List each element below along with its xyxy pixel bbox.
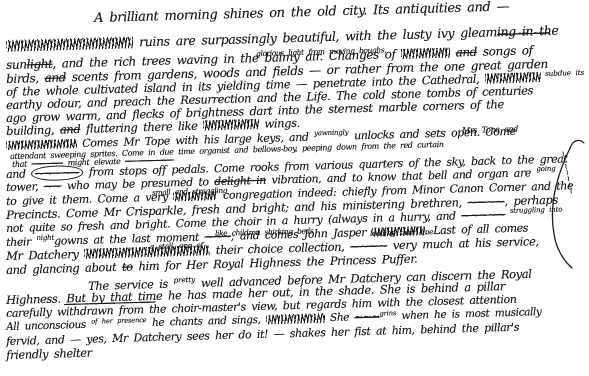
- interlinear-insertion: grins: [379, 309, 396, 317]
- scribbled-out-text: ~~~~~: [173, 189, 217, 203]
- handwritten-text: and: [6, 167, 31, 181]
- handwritten-text: All unconscious: [6, 319, 91, 333]
- struck-out-text: and: [455, 45, 477, 60]
- interlinear-insertion: subdue its: [540, 68, 584, 78]
- interlinear-insertion: of her presence: [91, 316, 147, 326]
- struck-out-text: ~~~: [354, 311, 380, 324]
- struck-out-text: ~~: [44, 179, 62, 192]
- scribbled-out-text: ~~~~~~: [203, 117, 259, 133]
- struck-out-text: ~~ ~~~ ~~~: [497, 29, 550, 38]
- struck-out-text: ~~~~: [350, 238, 387, 253]
- struck-out-text: ~~~~~: [461, 208, 505, 222]
- insertion-top-right: ~~ ~~~ ~~~: [497, 30, 550, 38]
- handwritten-text: friendly shelter: [6, 346, 92, 362]
- scribbled-out-text: ~~~~~: [401, 46, 450, 61]
- struck-out-text: ~~~: [204, 230, 231, 244]
- interlinear-insertion: pretty: [173, 275, 195, 285]
- struck-out-text: light: [26, 57, 52, 72]
- manuscript-page: A brilliant morning shines on the old ci…: [0, 0, 589, 376]
- interlinear-insertion: night: [36, 233, 54, 242]
- handwritten-text: building,: [6, 122, 60, 137]
- handwritten-text: he chants and sings,: [146, 314, 266, 329]
- line-23: friendly shelter: [6, 348, 92, 362]
- handwritten-text: their: [6, 235, 37, 249]
- scribbled-out-text: ~~~~~ ~~~~~~~: [6, 34, 133, 53]
- line-01: A brilliant morning shines on the old ci…: [94, 0, 509, 25]
- handwritten-text: very much at his service,: [387, 234, 539, 252]
- handwritten-text: tower,: [6, 180, 44, 194]
- handwritten-text: and glancing about: [6, 260, 122, 277]
- handwritten-text: She: [324, 311, 354, 324]
- handwritten-text: A brilliant morning shines on the old ci…: [94, 0, 509, 26]
- struck-out-text: and: [60, 122, 81, 137]
- scribbled-out-text: ~~~~~~~: [266, 312, 325, 326]
- handwritten-text: wings.: [258, 116, 300, 131]
- interlinear-insertion: yawningly: [314, 128, 349, 138]
- struck-out-text: to: [122, 259, 133, 273]
- struck-out-text: ~~~~: [467, 194, 504, 209]
- margin-bracket: [540, 138, 589, 278]
- handwritten-text: sun: [6, 57, 27, 72]
